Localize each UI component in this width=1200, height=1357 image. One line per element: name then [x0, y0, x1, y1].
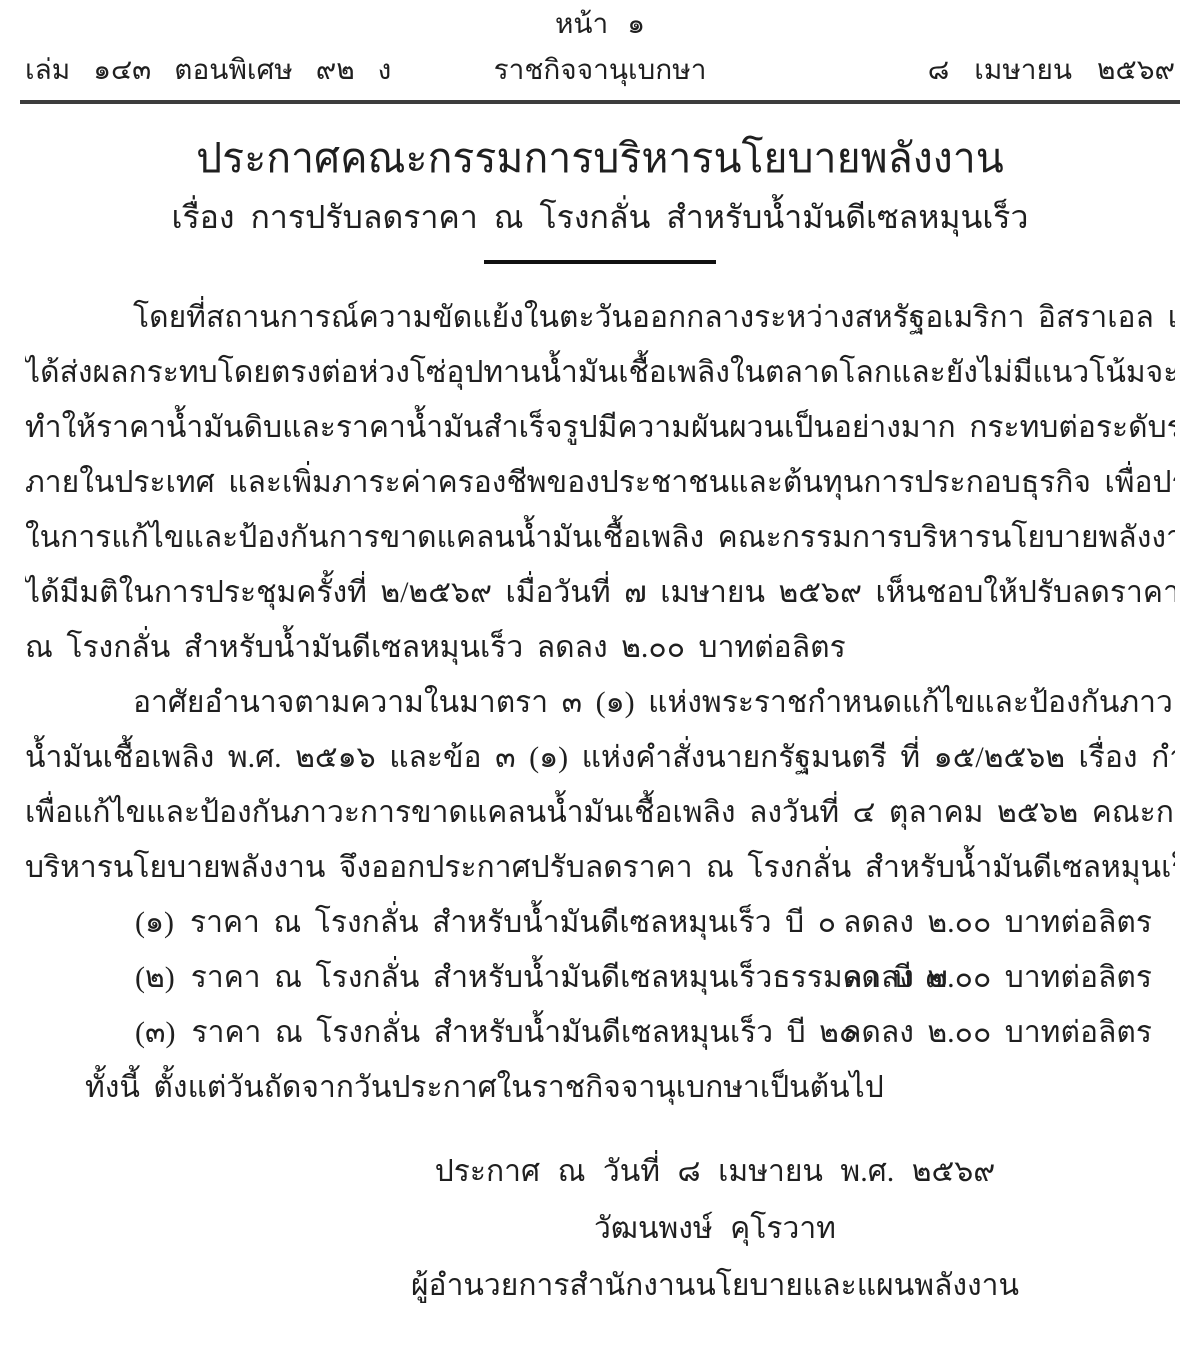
item-label: ราคา ณ โรงกลั่น สำหรับน้ำมันดีเซลหมุนเร็…	[190, 906, 836, 939]
body-line: ได้ส่งผลกระทบโดยตรงต่อห่วงโซ่อุปทานน้ำมั…	[25, 345, 1175, 400]
body-line: ณ โรงกลั่น สำหรับน้ำมันดีเซลหมุนเร็ว ลดล…	[25, 620, 1175, 675]
price-item: (๓)ราคา ณ โรงกลั่น สำหรับน้ำมันดีเซลหมุน…	[25, 1005, 1175, 1060]
body-line: น้ำมันเชื้อเพลิง พ.ศ. ๒๕๑๖ และข้อ ๓ (๑) …	[25, 730, 1175, 785]
price-item: (๑)ราคา ณ โรงกลั่น สำหรับน้ำมันดีเซลหมุน…	[25, 895, 1175, 950]
gazette-page: หน้า ๑ เล่ม ๑๔๓ ตอนพิเศษ ๙๒ ง ราชกิจจานุ…	[0, 0, 1200, 1357]
body-line: โดยที่สถานการณ์ความขัดแย้งในตะวันออกกลาง…	[25, 290, 1175, 345]
document-body: โดยที่สถานการณ์ความขัดแย้งในตะวันออกกลาง…	[25, 290, 1175, 1115]
signer-title: ผู้อำนวยการสำนักงานนโยบายและแผนพลังงาน	[255, 1257, 1175, 1314]
item-number: (๑)	[135, 906, 174, 939]
body-line: ภายในประเทศ และเพิ่มภาระค่าครองชีพของประ…	[25, 455, 1175, 510]
announced-date-line: ประกาศ ณ วันที่ ๘ เมษายน พ.ศ. ๒๕๖๙	[255, 1143, 1175, 1200]
body-line: เพื่อแก้ไขและป้องกันภาวะการขาดแคลนน้ำมัน…	[25, 785, 1175, 840]
price-item-text: (๓)ราคา ณ โรงกลั่น สำหรับน้ำมันดีเซลหมุน…	[25, 1016, 857, 1049]
body-line: ทำให้ราคาน้ำมันดิบและราคาน้ำมันสำเร็จรูป…	[25, 400, 1175, 455]
announcement-title: ประกาศคณะกรรมการบริหารนโยบายพลังงาน	[0, 132, 1200, 184]
item-reduction: ลดลง ๒.๐๐ บาทต่อลิตร	[843, 950, 1152, 1005]
item-reduction: ลดลง ๒.๐๐ บาทต่อลิตร	[843, 1005, 1152, 1060]
item-label: ราคา ณ โรงกลั่น สำหรับน้ำมันดีเซลหมุนเร็…	[192, 1016, 858, 1049]
paragraph-2: อาศัยอำนาจตามความในมาตรา ๓ (๑) แห่งพระรา…	[25, 675, 1175, 895]
item-number: (๓)	[135, 1016, 176, 1049]
body-line: ในการแก้ไขและป้องกันการขาดแคลนน้ำมันเชื้…	[25, 510, 1175, 565]
announcement-subject: เรื่อง การปรับลดราคา ณ โรงกลั่น สำหรับน้…	[0, 196, 1200, 238]
page-number-label: หน้า ๑	[0, 0, 1200, 44]
body-line: ได้มีมติในการประชุมครั้งที่ ๒/๒๕๖๙ เมื่อ…	[25, 565, 1175, 620]
price-item-text: (๒)ราคา ณ โรงกลั่น สำหรับน้ำมันดีเซลหมุน…	[25, 961, 948, 994]
price-item: (๒)ราคา ณ โรงกลั่น สำหรับน้ำมันดีเซลหมุน…	[25, 950, 1175, 1005]
effective-date-line: ทั้งนี้ ตั้งแต่วันถัดจากวันประกาศในราชกิ…	[25, 1060, 1175, 1115]
price-item-text: (๑)ราคา ณ โรงกลั่น สำหรับน้ำมันดีเซลหมุน…	[25, 906, 836, 939]
item-number: (๒)	[135, 961, 175, 994]
signature-block: ประกาศ ณ วันที่ ๘ เมษายน พ.ศ. ๒๕๖๙ วัฒนพ…	[255, 1143, 1175, 1314]
body-line: บริหารนโยบายพลังงาน จึงออกประกาศปรับลดรา…	[25, 840, 1175, 895]
title-divider-rule	[484, 260, 716, 264]
masthead-divider-rule	[20, 100, 1180, 104]
item-label: ราคา ณ โรงกลั่น สำหรับน้ำมันดีเซลหมุนเร็…	[191, 961, 948, 994]
publication-date: ๘ เมษายน ๒๕๖๙	[928, 50, 1175, 92]
masthead: เล่ม ๑๔๓ ตอนพิเศษ ๙๒ ง ราชกิจจานุเบกษา ๘…	[0, 50, 1200, 92]
signer-name: วัฒนพงษ์ คุโรวาท	[255, 1200, 1175, 1257]
price-item-list: (๑)ราคา ณ โรงกลั่น สำหรับน้ำมันดีเซลหมุน…	[25, 895, 1175, 1060]
paragraph-1: โดยที่สถานการณ์ความขัดแย้งในตะวันออกกลาง…	[25, 290, 1175, 675]
body-line: อาศัยอำนาจตามความในมาตรา ๓ (๑) แห่งพระรา…	[25, 675, 1175, 730]
item-reduction: ลดลง ๒.๐๐ บาทต่อลิตร	[843, 895, 1152, 950]
